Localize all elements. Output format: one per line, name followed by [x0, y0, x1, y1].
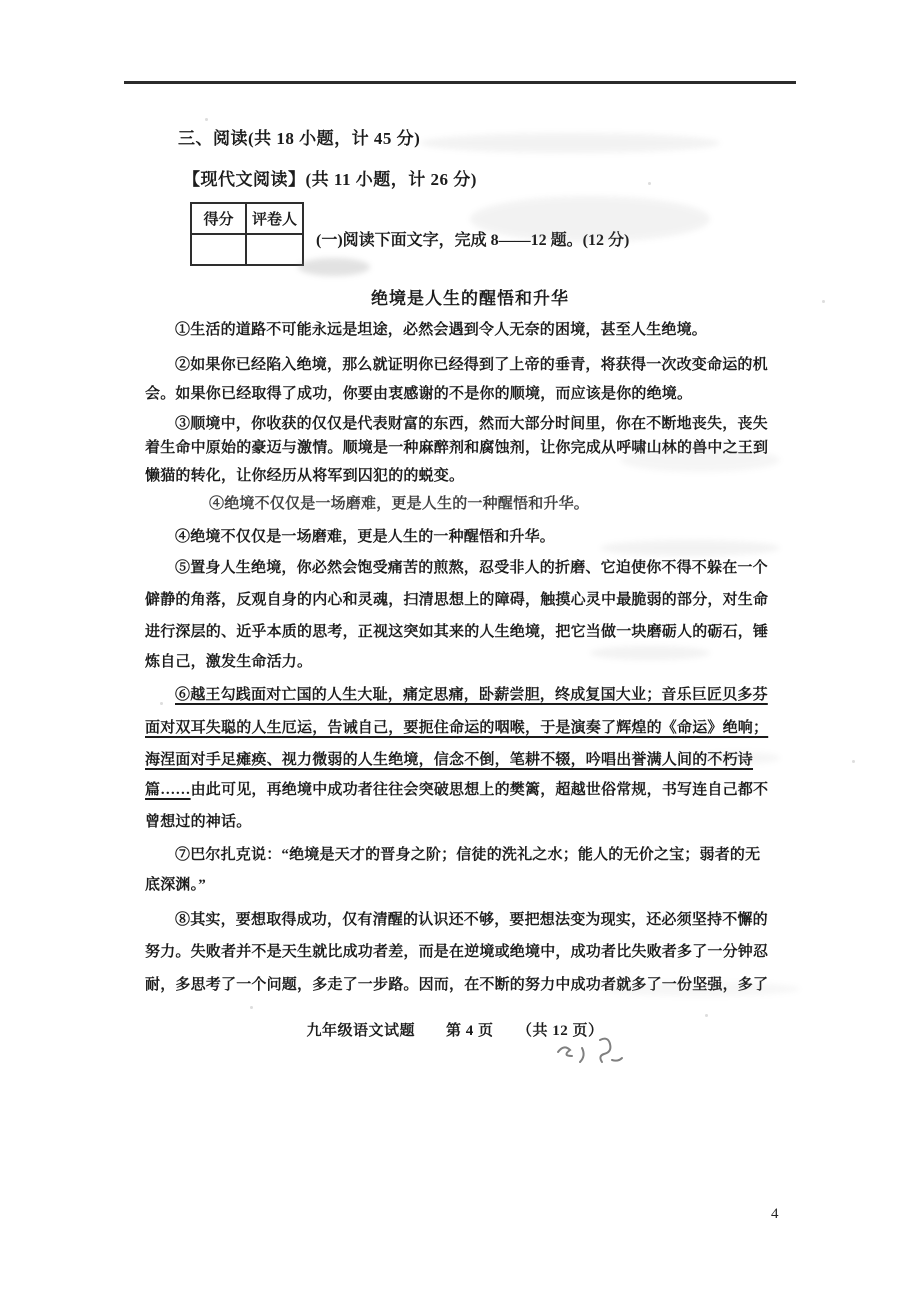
- page-footer: 九年级语文试题 第 4 页 （共 12 页）: [130, 1019, 780, 1040]
- scan-speck: [250, 1006, 253, 1009]
- score-table-header-row: 得分 评卷人: [191, 203, 303, 234]
- article-line: ⑧其实，要想取得成功，仅有清醒的认识还不够，要把想法变为现实，还必须坚持不懈的: [145, 909, 831, 931]
- line-fragment: 由此可见，再绝境中成功者往往会突破思想上的樊篱，超越世俗常规，书写连自己都不: [191, 782, 769, 798]
- article-line: 底深渊。”: [145, 874, 801, 896]
- scan-speck: [648, 182, 651, 185]
- scan-speck: [822, 300, 825, 303]
- scan-smudge: [600, 540, 780, 556]
- scan-speck: [160, 702, 163, 705]
- article-line: ⑦巴尔扎克说：“绝境是天才的晋身之阶；信徒的洗礼之水；能人的无价之宝；弱者的无: [145, 844, 831, 866]
- scan-speck: [852, 760, 855, 763]
- scanned-exam-page: 三、阅读(共 18 小题，计 45 分) 【现代文阅读】(共 11 小题，计 2…: [0, 0, 920, 1302]
- ink-smudge: [552, 1032, 632, 1076]
- article-line: ①生活的道路不可能永远是坦途，必然会遇到令人无奈的困境，甚至人生绝境。: [145, 319, 831, 341]
- article-line: 努力。失败者并不是天生就比成功者差，而是在逆境或绝境中，成功者比失败者多了一分钟…: [145, 941, 801, 963]
- article-line: ⑤置身人生绝境，你必然会饱受痛苦的煎熬，忍受非人的折磨、它迫使你不得不躲在一个: [145, 557, 831, 579]
- scan-smudge: [590, 646, 710, 660]
- scan-smudge: [700, 752, 780, 764]
- scan-smudge: [470, 196, 710, 242]
- article-line: ②如果你已经陷入绝境，那么就证明你已经得到了上帝的垂青，将获得一次改变命运的机: [145, 354, 831, 376]
- scan-smudge: [620, 448, 780, 472]
- article-line-duplicate: ④绝境不仅仅是一场磨难，更是人生的一种醒悟和升华。: [145, 493, 865, 515]
- article-line: 会。如果你已经取得了成功，你要由衷感谢的不是你的顺境，而应该是你的绝境。: [145, 383, 801, 405]
- scan-smudge: [420, 133, 720, 153]
- section-heading: 三、阅读(共 18 小题，计 45 分): [178, 124, 420, 149]
- subsection-heading: 【现代文阅读】(共 11 小题，计 26 分): [183, 165, 477, 190]
- article-line-underlined: ⑥越王勾践面对亡国的人生大耻，痛定思痛，卧薪尝胆，终成复国大业；音乐巨匠贝多芬: [145, 684, 831, 706]
- article-line: 进行深层的、近乎本质的思考，正视这突如其来的人生绝境，把它当做一块磨砺人的砺石，…: [145, 621, 801, 643]
- scan-smudge: [600, 982, 800, 996]
- article-title: 绝境是人生的醒悟和升华: [145, 284, 795, 309]
- score-value-cell: [191, 234, 246, 265]
- score-table: 得分 评卷人: [190, 202, 304, 266]
- article-line-underlined: 面对双耳失聪的人生厄运，告诫自己，要扼住命运的咽喉，于是演奏了辉煌的《命运》绝响…: [145, 717, 801, 739]
- grader-value-cell: [246, 234, 303, 265]
- scan-speck: [705, 1014, 708, 1017]
- scan-speck: [205, 118, 208, 121]
- corner-page-number: 4: [771, 1206, 779, 1223]
- article-line: 篇……由此可见，再绝境中成功者往往会突破思想上的樊篱，超越世俗常规，书写连自己都…: [145, 779, 801, 801]
- article-line: ③顺境中，你收获的仅仅是代表财富的东西，然而大部分时间里，你在不断地丧失，丧失: [145, 413, 831, 435]
- top-rule: [124, 81, 796, 84]
- article-line: 曾想过的神话。: [145, 811, 801, 833]
- score-table-value-row: [191, 234, 303, 265]
- scan-smudge: [298, 258, 370, 276]
- grader-label-cell: 评卷人: [246, 203, 303, 234]
- underlined-fragment: 篇……: [145, 782, 191, 798]
- article-line: 僻静的角落，反观自身的内心和灵魂，扫清思想上的障碍，触摸心灵中最脆弱的部分，对生…: [145, 589, 801, 611]
- score-label-cell: 得分: [191, 203, 246, 234]
